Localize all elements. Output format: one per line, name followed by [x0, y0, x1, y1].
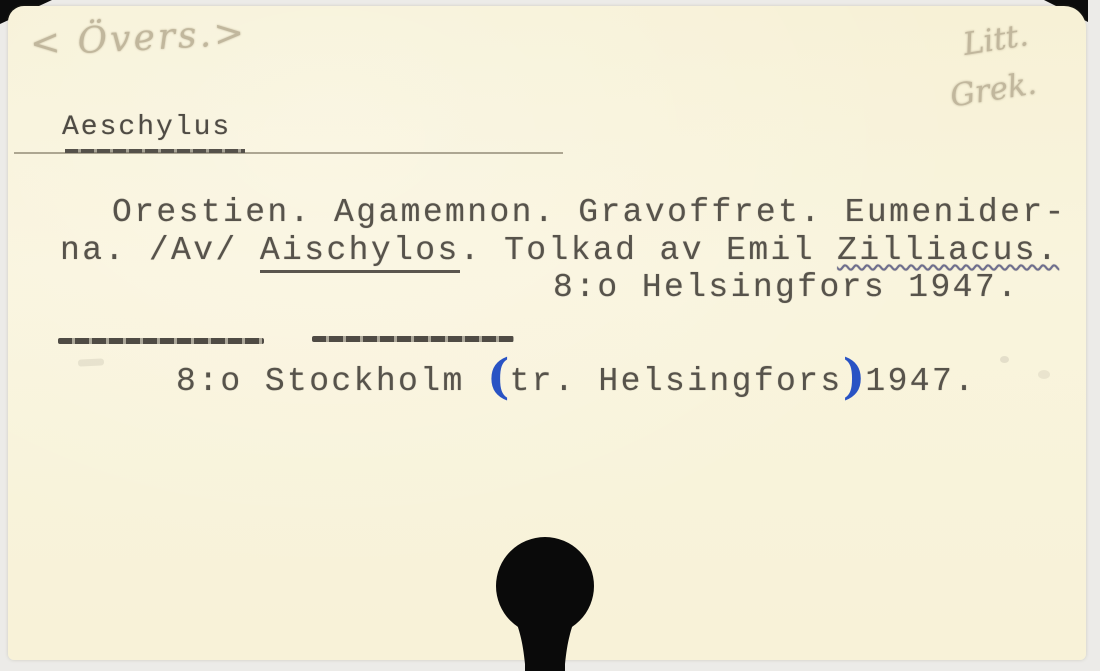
entry-author-underlined: Aischylos [260, 232, 460, 273]
strikeout-bar-right [312, 336, 514, 342]
imprint-suffix: 1947. [865, 363, 976, 400]
entry-line-3-imprint-helsingfors: 8:o Helsingfors 1947. [553, 269, 1019, 306]
entry-line-1: Orestien. Agamemnon. Gravoffret. Eumenid… [112, 194, 1067, 231]
scanned-catalog-card-page: < Övers.> Litt. Grek. Aeschylus Orestien… [0, 0, 1100, 671]
entry-line-2-prefix: na. /Av/ [60, 232, 260, 269]
imprint-prefix: 8:o Stockholm [176, 363, 487, 400]
pencil-smudge [1038, 370, 1050, 379]
pencil-note-litt: Litt. [961, 17, 1031, 63]
blue-ink-close-paren: ) [843, 349, 866, 405]
pencil-note-overs: < Övers.> [29, 12, 248, 64]
heading-underline [65, 149, 245, 153]
author-heading: Aeschylus [62, 112, 231, 143]
pencil-smudge [1000, 356, 1009, 363]
punch-hole-keyhole [478, 533, 612, 671]
entry-line-2: na. /Av/ Aischylos. Tolkad av Emil Zilli… [60, 232, 1059, 269]
entry-line-2-mid: . Tolkad av Emil [460, 232, 837, 269]
imprint-line-stockholm: 8:o Stockholm (tr. Helsingfors)1947. [176, 346, 976, 402]
blue-ink-open-paren: ( [487, 349, 510, 405]
imprint-inner: tr. Helsingfors [510, 363, 843, 400]
entry-translator-wavy: Zilliacus. [837, 232, 1059, 269]
strikeout-bar-left [58, 338, 264, 344]
pencil-smudge [78, 358, 104, 366]
pencil-note-grek: Grek. [948, 65, 1039, 114]
